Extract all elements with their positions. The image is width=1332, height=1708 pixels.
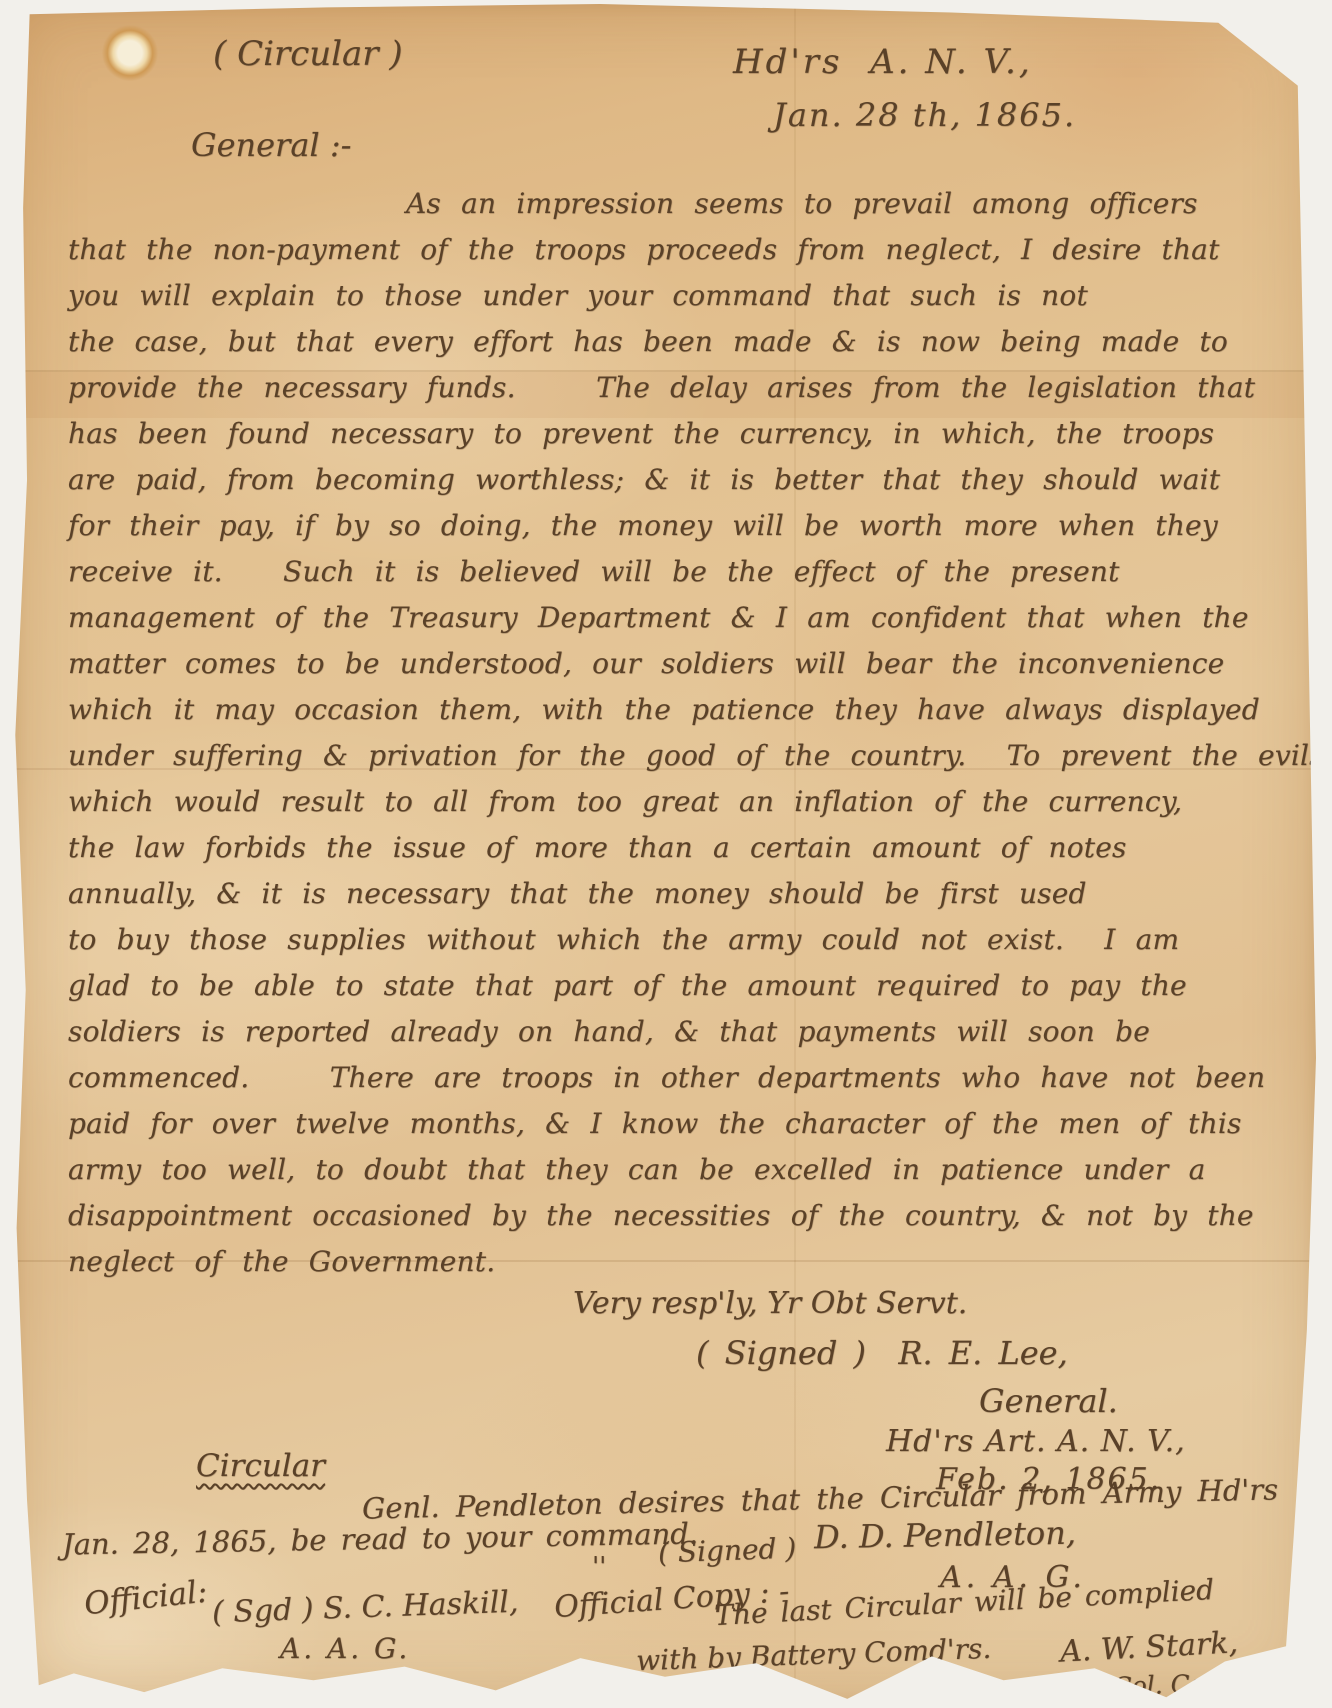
body-line: disappointment occasioned by the necessi…: [68, 1193, 1324, 1239]
second-circular-signed: ( Signed ): [657, 1532, 796, 1570]
body-line: has been found necessary to prevent the …: [68, 411, 1324, 457]
body-line: which it may occasion them, with the pat…: [68, 687, 1324, 733]
second-circular-signer: D. D. Pendleton,: [814, 1514, 1077, 1557]
heading-date: Jan. 28 th, 1865.: [773, 96, 1076, 134]
body-line: the law forbids the issue of more than a…: [68, 825, 1324, 871]
closing-respectfully: Very resp'ly, Yr Obt Servt.: [573, 1286, 967, 1321]
body-line: management of the Treasury Department & …: [68, 595, 1324, 641]
body-line: As an impression seems to prevail among …: [68, 181, 1324, 227]
body-line: for their pay, if by so doing, the money…: [68, 503, 1324, 549]
official-title: A. A. G.: [280, 1632, 410, 1665]
letter-body: As an impression seems to prevail among …: [68, 181, 1324, 1285]
copy-signer-title: Lt. Col. Com'dg.: [1070, 1666, 1276, 1702]
body-line: paid for over twelve months, & I know th…: [68, 1101, 1324, 1147]
letter-paper: ( Circular ) Hd'rs A. N. V., Jan. 28 th,…: [14, 4, 1316, 1704]
body-line: you will explain to those under your com…: [68, 273, 1324, 319]
body-line: under suffering & privation for the good…: [68, 733, 1324, 779]
body-line: receive it. Such it is believed will be …: [68, 549, 1324, 595]
body-line: soldiers is reported already on hand, & …: [68, 1009, 1324, 1055]
body-line: the case, but that every effort has been…: [68, 319, 1324, 365]
scan-background: { "colors": { "background": "#f2f0eb", "…: [0, 0, 1332, 1708]
second-circular-label: Circular: [196, 1448, 325, 1484]
body-line: annually, & it is necessary that the mon…: [68, 871, 1324, 917]
body-line: that the non-payment of the troops proce…: [68, 227, 1324, 273]
ring-stain-mark: [102, 24, 158, 82]
body-line: which would result to all from too great…: [68, 779, 1324, 825]
salutation: General :-: [191, 126, 351, 164]
body-line: glad to be able to state that part of th…: [68, 963, 1324, 1009]
body-line: matter comes to be understood, our soldi…: [68, 641, 1324, 687]
body-line: army too well, to doubt that they can be…: [68, 1147, 1324, 1193]
heading-headquarters: Hd'rs A. N. V.,: [733, 42, 1033, 82]
ditto-mark: '': [592, 1552, 606, 1582]
body-line: commenced. There are troops in other dep…: [68, 1055, 1324, 1101]
body-line: neglect of the Government.: [68, 1239, 1324, 1285]
body-line: provide the necessary funds. The delay a…: [68, 365, 1324, 411]
annotation-circular: ( Circular ): [213, 34, 403, 74]
body-line: to buy those supplies without which the …: [68, 917, 1324, 963]
body-line: are paid, from becoming worthless; & it …: [68, 457, 1324, 503]
closing-rank: General.: [979, 1382, 1118, 1420]
second-heading-headquarters: Hd'rs Art. A. N. V.,: [886, 1424, 1186, 1459]
closing-signed-lee: ( Signed ) R. E. Lee,: [696, 1334, 1068, 1372]
